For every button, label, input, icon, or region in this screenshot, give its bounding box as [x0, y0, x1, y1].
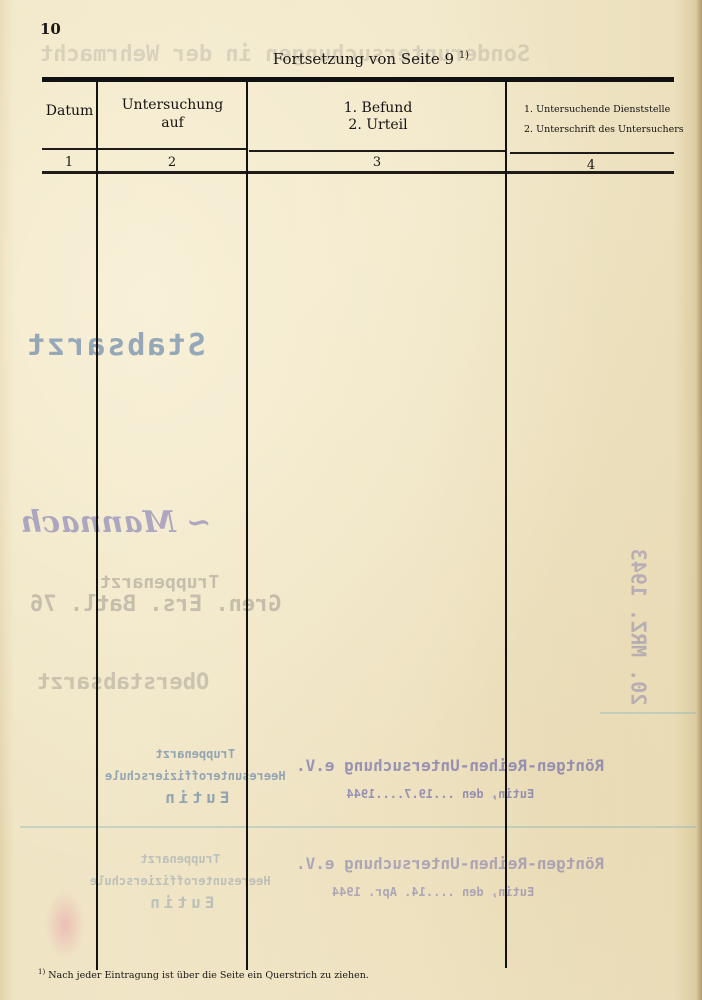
ghost-stamp-oberstabsarzt: Oberstabsarzt: [37, 670, 209, 695]
header-line: 1. Untersuchende Dienststelle: [524, 100, 688, 120]
header-line: Untersuchung: [98, 96, 247, 114]
ghost-rule: [20, 826, 696, 828]
ghost-line: Röntgen-Reihen-Untersuchung e.V.: [296, 752, 604, 780]
header-line: 1. Befund: [249, 100, 507, 117]
ghost-stamp-school-2: Truppenarzt Heeresunteroffizierschule Eu…: [90, 848, 271, 914]
column-number: 1: [42, 155, 96, 170]
document-page: Sonderuntersuchungen in der Wehrmacht St…: [0, 0, 702, 1000]
footnote-mark: 1): [459, 50, 469, 61]
ghost-line: Eutin: [90, 892, 271, 914]
header-divider: [249, 150, 507, 152]
ghost-signature: ~ Mannach: [20, 505, 211, 540]
footnote-text: Nach jeder Eintragung ist über die Seite…: [48, 970, 369, 981]
column-number: 4: [508, 158, 674, 173]
ghost-line: Heeresunteroffizierschule: [90, 870, 271, 892]
column-separator: [505, 80, 507, 968]
header-divider: [42, 148, 247, 150]
page-number: 10: [40, 20, 61, 38]
ghost-line: Heeresunteroffizierschule: [105, 765, 286, 787]
footnote-mark: 1): [38, 968, 45, 976]
column-header-befund-urteil: 1. Befund 2. Urteil: [249, 100, 507, 134]
column-header-datum: Datum: [42, 103, 97, 119]
header-line: 2. Unterschrift des Untersuchers: [524, 120, 688, 140]
header-line: auf: [98, 114, 247, 132]
table-top-rule: [42, 77, 674, 82]
ink-stain: [45, 890, 85, 960]
column-header-untersuchung: Untersuchung auf: [98, 96, 247, 132]
ghost-stamp-date-vertical: 20. MRZ. 1943: [626, 549, 650, 706]
ghost-line: Eutin, den ...19.7....1944: [296, 780, 604, 808]
ghost-line: Eutin: [105, 787, 286, 809]
ghost-line: Röntgen-Reihen-Untersuchung e.V.: [296, 850, 604, 878]
column-number: 3: [249, 155, 505, 170]
ghost-line: Truppenarzt: [105, 743, 286, 765]
header-line: 2. Urteil: [249, 117, 507, 134]
footnote: 1) Nach jeder Eintragung ist über die Se…: [38, 968, 369, 981]
ghost-stamp-stabsarzt: Stabsarzt: [25, 328, 206, 363]
ghost-rule: [600, 712, 696, 714]
column-separator: [96, 80, 98, 970]
column-number: 2: [98, 155, 246, 170]
ghost-stamp-truppenarzt: Truppenarzt: [100, 572, 219, 593]
title-text: Fortsetzung von Seite 9: [273, 50, 454, 68]
ghost-stamp-xray-2: Röntgen-Reihen-Untersuchung e.V. Eutin, …: [296, 850, 604, 906]
page-title: Fortsetzung von Seite 9 1): [0, 50, 702, 68]
ghost-line: Truppenarzt: [90, 848, 271, 870]
column-header-dienststelle: 1. Untersuchende Dienststelle 2. Untersc…: [510, 100, 688, 140]
ghost-line: Eutin, den ....14. Apr. 1944: [296, 878, 604, 906]
header-divider: [510, 152, 674, 154]
page-edge: [696, 0, 702, 1000]
ghost-stamp-school-1: Truppenarzt Heeresunteroffizierschule Eu…: [105, 743, 286, 809]
ghost-stamp-xray-1: Röntgen-Reihen-Untersuchung e.V. Eutin, …: [296, 752, 604, 808]
column-separator: [246, 80, 248, 970]
ghost-stamp-unit: Gren. Ers. Batl. 76: [30, 592, 282, 617]
